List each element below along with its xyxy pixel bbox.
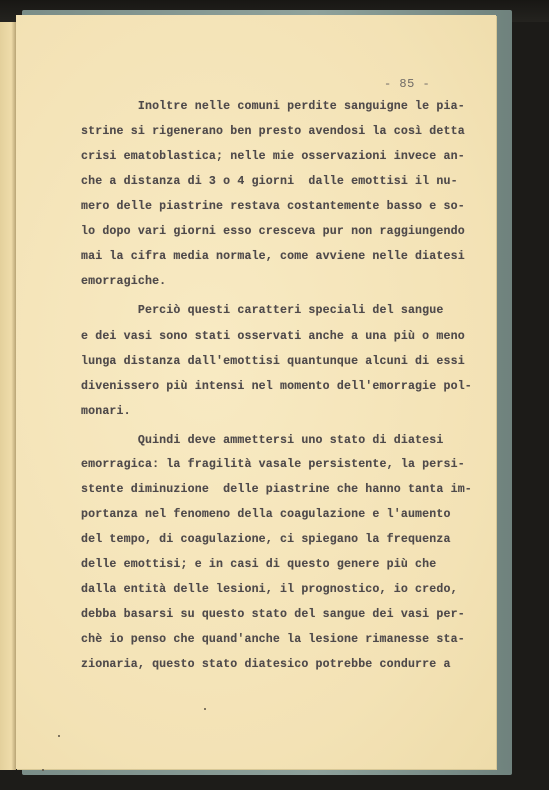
page-number: - 85 -: [384, 77, 430, 91]
text-line: monari.: [81, 405, 131, 418]
typewritten-page: - 85 - Inoltre nelle comuni perdite sang…: [16, 15, 496, 769]
text-line: Perciò questi caratteri speciali del san…: [81, 304, 443, 317]
text-line: e dei vasi sono stati osservati anche a …: [81, 330, 465, 343]
text-line: stente diminuzione delle piastrine che h…: [81, 483, 472, 496]
text-line: emorragica: la fragilità vasale persiste…: [81, 458, 465, 471]
text-line: Inoltre nelle comuni perdite sanguigne l…: [81, 100, 465, 113]
text-line: dalla entità delle lesioni, il prognosti…: [81, 583, 458, 596]
text-line: divenissero più intensi nel momento dell…: [81, 380, 472, 393]
paper-speck: [58, 735, 60, 737]
text-line: delle emottisi; e in casi di questo gene…: [81, 558, 436, 571]
text-line: portanza nel fenomeno della coagulazione…: [81, 508, 451, 521]
text-line: emorragiche.: [81, 275, 166, 288]
text-line: del tempo, di coagulazione, ci spiegano …: [81, 533, 451, 546]
paper-speck: [42, 769, 44, 771]
paper-speck: [204, 708, 206, 710]
text-line: crisi ematoblastica; nelle mie osservazi…: [81, 150, 465, 163]
text-line: Quindi deve ammettersi uno stato di diat…: [81, 434, 443, 447]
text-line: mero delle piastrine restava costantemen…: [81, 200, 465, 213]
facing-page-edge: [0, 22, 16, 770]
text-line: che a distanza di 3 o 4 giorni dalle emo…: [81, 175, 458, 188]
text-line: zionaria, questo stato diatesico potrebb…: [81, 658, 451, 671]
text-line: mai la cifra media normale, come avviene…: [81, 250, 465, 263]
text-line: lo dopo vari giorni esso cresceva pur no…: [81, 225, 465, 238]
text-line: chè io penso che quand'anche la lesione …: [81, 633, 465, 646]
text-line: debba basarsi su questo stato del sangue…: [81, 608, 465, 621]
text-line: strine si rigenerano ben presto avendosi…: [81, 125, 465, 138]
text-line: lunga distanza dall'emottisi quantunque …: [81, 355, 465, 368]
